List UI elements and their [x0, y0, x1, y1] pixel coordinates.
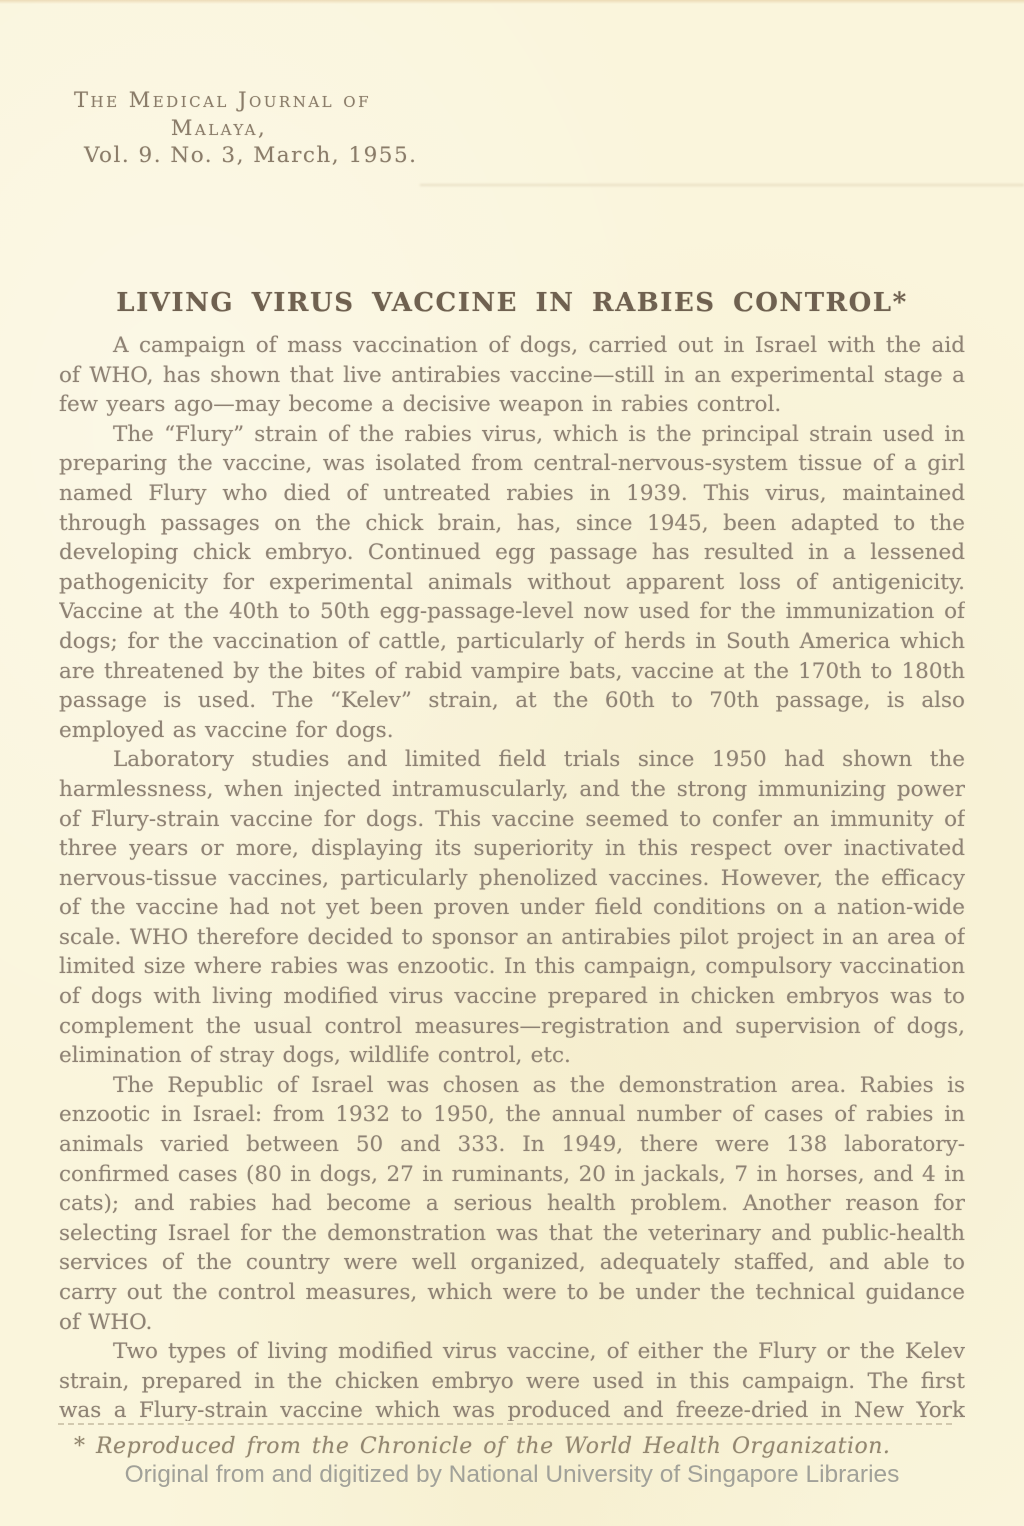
article-title: LIVING VIRUS VACCINE IN RABIES CONTROL*: [0, 288, 1024, 318]
paragraph: Laboratory studies and limited field tri…: [59, 745, 965, 1071]
journal-title-line1: The Medical Journal of: [74, 86, 374, 114]
scan-crease-line: [420, 184, 1024, 186]
paragraph: A campaign of mass vaccination of dogs, …: [59, 331, 965, 420]
paragraph: The Republic of Israel was chosen as the…: [59, 1071, 965, 1337]
footnote-divider: [58, 1423, 952, 1425]
paragraph: Two types of living modified virus vacci…: [59, 1337, 965, 1421]
journal-header: The Medical Journal of Malaya, Vol. 9. N…: [74, 86, 374, 170]
digitization-credit: Original from and digitized by National …: [0, 1461, 1024, 1489]
article-body: A campaign of mass vaccination of dogs, …: [59, 331, 965, 1421]
scanned-journal-page: The Medical Journal of Malaya, Vol. 9. N…: [0, 0, 1024, 1526]
footnote: * Reproduced from the Chronicle of the W…: [74, 1434, 954, 1460]
journal-issue-line: Vol. 9. No. 3, March, 1955.: [74, 142, 374, 170]
paragraph: The “Flury” strain of the rabies virus, …: [59, 420, 965, 746]
journal-title-line2: Malaya,: [74, 114, 364, 142]
scan-edge-artifact: [0, 0, 1024, 4]
